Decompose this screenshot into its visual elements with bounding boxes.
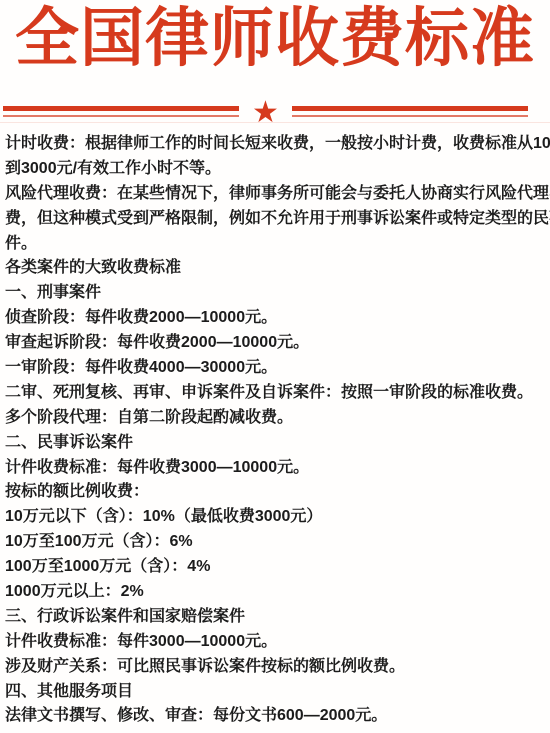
divider-thick-rule — [292, 106, 528, 111]
body-line: 多个阶段代理：自第二阶段起酌减收费。 — [5, 406, 550, 431]
divider-thin-rule — [3, 115, 239, 117]
section-heading: 四、其他服务项目 — [5, 680, 550, 705]
body-line: 涉及财产关系：可比照民事诉讼案件按标的额比例收费。 — [5, 655, 550, 680]
divider-right-rules — [292, 106, 528, 117]
body-line: 100万至1000万元（含）：4% — [5, 555, 550, 580]
body-line: 侦查阶段：每件收费2000—10000元。 — [5, 306, 550, 331]
body-line: 风险代理收费：在某些情况下，律师事务所可能会与委托人协商实行风险代理收 — [5, 182, 550, 207]
fee-standard-poster: 全国律师收费标准 ★ 计时收费：根据律师工作的时间长短来收费，一般按小时计费，收… — [0, 0, 550, 733]
body-line: 计件收费标准：每件收费3000—10000元。 — [5, 456, 550, 481]
body-line: 10万元以下（含）：10%（最低收费3000元） — [5, 505, 550, 530]
fee-text-block: 计时收费：根据律师工作的时间长短来收费，一般按小时计费，收费标准从100元 到3… — [5, 132, 550, 729]
section-heading: 一、刑事案件 — [5, 281, 550, 306]
section-heading: 三、行政诉讼案件和国家赔偿案件 — [5, 605, 550, 630]
body-line: 到3000元/有效工作小时不等。 — [5, 157, 550, 182]
divider-left-rules — [3, 106, 239, 117]
body-line: 按标的额比例收费： — [5, 480, 550, 505]
body-line: 二审、死刑复核、再审、申诉案件及自诉案件：按照一审阶段的标准收费。 — [5, 381, 550, 406]
page-title: 全国律师收费标准 — [0, 4, 550, 74]
title-divider: ★ — [3, 98, 528, 124]
faint-separator-rule — [0, 122, 550, 123]
body-line: 件。 — [5, 232, 550, 257]
body-line: 计件收费标准：每件3000—10000元。 — [5, 630, 550, 655]
section-heading: 各类案件的大致收费标准 — [5, 256, 550, 281]
body-line: 费，但这种模式受到严格限制，例如不允许用于刑事诉讼案件或特定类型的民事案 — [5, 207, 550, 232]
body-line: 一审阶段：每件收费4000—30000元。 — [5, 356, 550, 381]
body-line: 10万至100万元（含）：6% — [5, 530, 550, 555]
body-line: 法律文书撰写、修改、审查：每份文书600—2000元。 — [5, 704, 550, 729]
body-line: 计时收费：根据律师工作的时间长短来收费，一般按小时计费，收费标准从100元 — [5, 132, 550, 157]
divider-thick-rule — [3, 106, 239, 111]
body-line: 审查起诉阶段：每件收费2000—10000元。 — [5, 331, 550, 356]
section-heading: 二、民事诉讼案件 — [5, 431, 550, 456]
divider-thin-rule — [292, 115, 528, 117]
body-line: 1000万元以上：2% — [5, 580, 550, 605]
